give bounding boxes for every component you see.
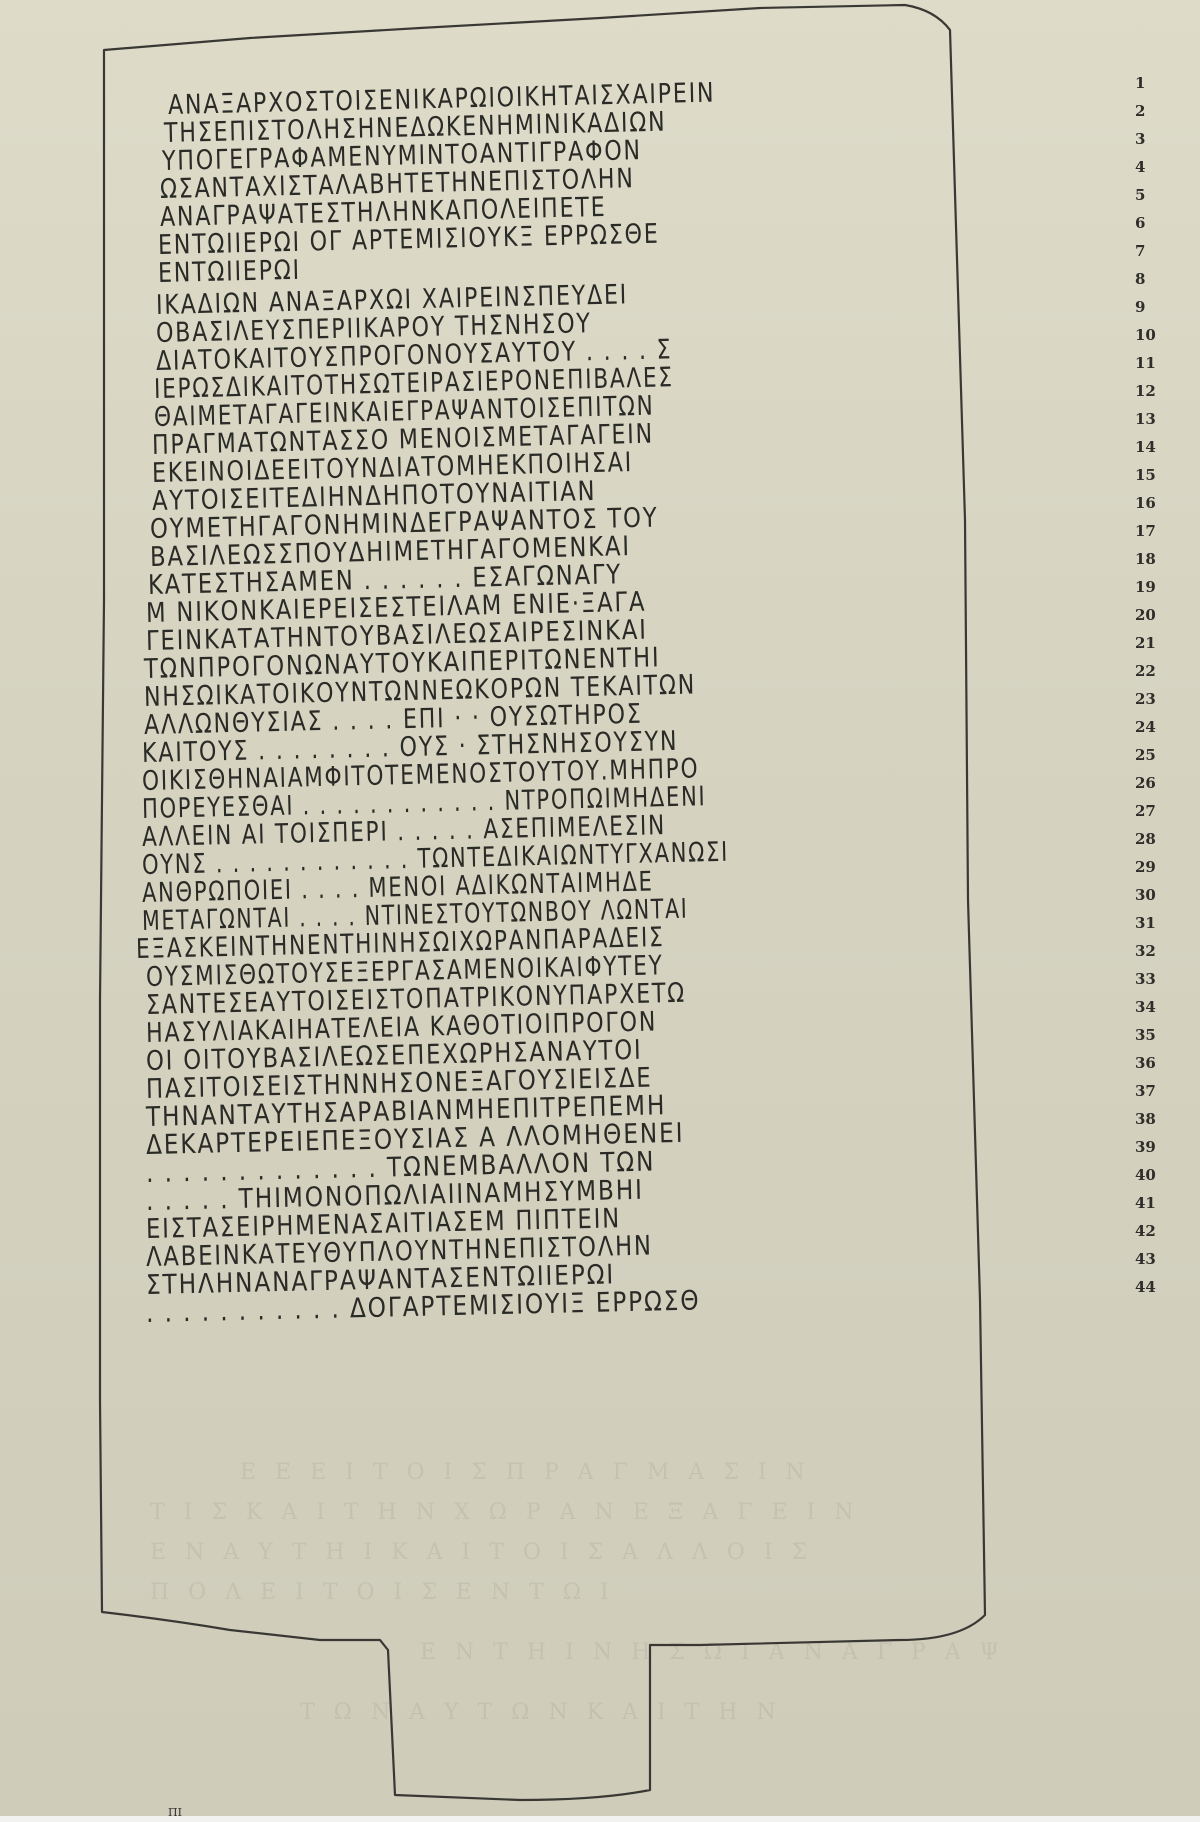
line-number: 12	[1135, 382, 1175, 400]
line-number: 41	[1135, 1194, 1175, 1212]
line-number: 42	[1135, 1222, 1175, 1240]
line-number: 34	[1135, 998, 1175, 1016]
line-number: 15	[1135, 466, 1175, 484]
line-number: 35	[1135, 1026, 1175, 1044]
line-number: 27	[1135, 802, 1175, 820]
line-number: 17	[1135, 522, 1175, 540]
line-number: 8	[1135, 270, 1175, 288]
line-number: 14	[1135, 438, 1175, 456]
line-number: 31	[1135, 914, 1175, 932]
line-number: 44	[1135, 1278, 1175, 1296]
line-number: 4	[1135, 158, 1175, 176]
line-number: 9	[1135, 298, 1175, 316]
line-number: 37	[1135, 1082, 1175, 1100]
line-number: 32	[1135, 942, 1175, 960]
book-page: Ε Ε Ε Ι Τ Ο Ι Σ Π Ρ Α Γ Μ Α Σ Ι Ν Τ Ι Σ …	[0, 0, 1200, 1816]
scan-edge	[0, 1816, 1200, 1822]
line-number: 22	[1135, 662, 1175, 680]
line-number: 33	[1135, 970, 1175, 988]
line-number: 39	[1135, 1138, 1175, 1156]
line-number: 3	[1135, 130, 1175, 148]
line-number: 25	[1135, 746, 1175, 764]
line-number: 26	[1135, 774, 1175, 792]
line-number: 30	[1135, 886, 1175, 904]
line-number: 40	[1135, 1166, 1175, 1184]
line-number: 7	[1135, 242, 1175, 260]
line-number: 28	[1135, 830, 1175, 848]
line-number: 18	[1135, 550, 1175, 568]
line-number: 19	[1135, 578, 1175, 596]
inscription-line: ΕΝΤΩΙΙΕΡΩΙ	[158, 255, 302, 289]
line-number: 23	[1135, 690, 1175, 708]
line-number: 24	[1135, 718, 1175, 736]
line-number: 38	[1135, 1110, 1175, 1128]
line-number: 10	[1135, 326, 1175, 344]
line-number: 1	[1135, 74, 1175, 92]
line-number: 43	[1135, 1250, 1175, 1268]
line-number: 11	[1135, 354, 1175, 372]
line-number: 6	[1135, 214, 1175, 232]
line-number: 36	[1135, 1054, 1175, 1072]
line-number: 13	[1135, 410, 1175, 428]
line-number: 29	[1135, 858, 1175, 876]
line-number: 21	[1135, 634, 1175, 652]
line-number: 16	[1135, 494, 1175, 512]
line-number: 5	[1135, 186, 1175, 204]
line-number: 20	[1135, 606, 1175, 624]
line-number: 2	[1135, 102, 1175, 120]
